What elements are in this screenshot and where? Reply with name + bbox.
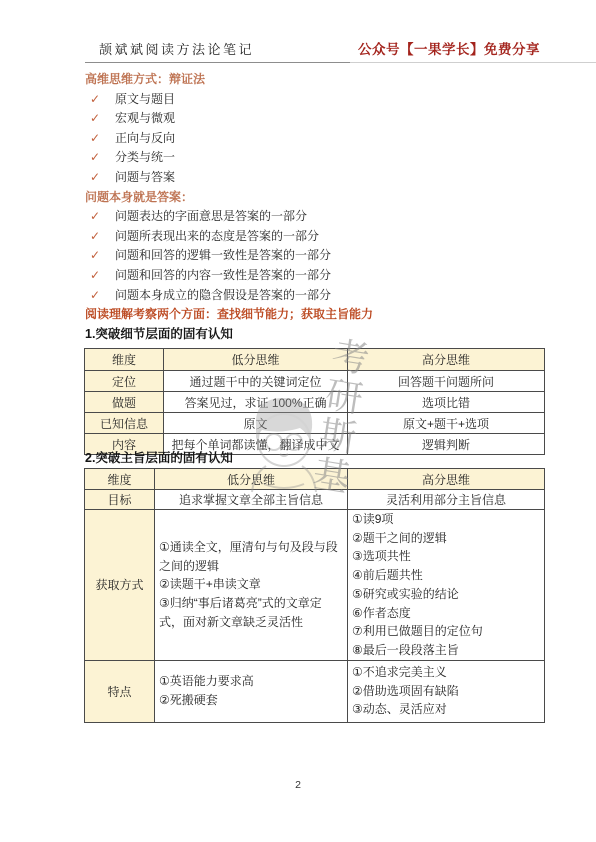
low-score-cell: 原文 [164, 413, 348, 434]
table-header-row: 维度 低分思维 高分思维 [85, 469, 545, 490]
list-item: ✓ 问题所表现出来的态度是答案的一部分 [85, 227, 520, 247]
heading-dialectics: 高维思维方式：辩证法 [85, 70, 520, 90]
table2-title: 2.突破主旨层面的固有认知 [85, 448, 233, 466]
high-score-cell: 逻辑判断 [348, 434, 545, 455]
column-header: 高分思维 [348, 349, 545, 371]
table-row: 做题 答案见过，求证 100%正确 选项比错 [85, 392, 545, 413]
numbered-item: ②读题干+串读文章 [159, 575, 343, 594]
list-item-text: 问题所表现出来的态度是答案的一部分 [115, 227, 319, 247]
numbered-item: ⑥作者态度 [352, 604, 540, 623]
row-label: 获取方式 [85, 510, 155, 661]
list-item: ✓ 问题和回答的逻辑一致性是答案的一部分 [85, 246, 520, 266]
check-icon: ✓ [85, 227, 115, 247]
table-header-row: 维度 低分思维 高分思维 [85, 349, 545, 371]
low-score-cell: 答案见过，求证 100%正确 [164, 392, 348, 413]
list-item: ✓ 问题和回答的内容一致性是答案的一部分 [85, 266, 520, 286]
header-divider-light [350, 62, 596, 63]
list-item-text: 宏观与微观 [115, 109, 175, 129]
column-header: 维度 [85, 469, 155, 490]
emphasis-line: 阅读理解考察两个方面：查找细节能力；获取主旨能力 [85, 305, 520, 325]
list-item-text: 问题本身成立的隐含假设是答案的一部分 [115, 286, 331, 306]
list-item-text: 原文与题目 [115, 90, 175, 110]
check-icon: ✓ [85, 286, 115, 306]
column-header: 低分思维 [155, 469, 348, 490]
check-icon: ✓ [85, 168, 115, 188]
numbered-item: ⑧最后一段段落主旨 [352, 641, 540, 660]
column-header: 低分思维 [164, 349, 348, 371]
high-score-cell: ①读9项 ②题干之间的逻辑 ③选项共性 ④前后题共性 ⑤研究或实验的结论 ⑥作者… [348, 510, 545, 661]
table1-title: 1.突破细节层面的固有认知 [85, 325, 520, 345]
table-row-goal: 目标 追求掌握文章全部主旨信息 灵活利用部分主旨信息 [85, 490, 545, 510]
list-item: ✓ 问题本身成立的隐含假设是答案的一部分 [85, 286, 520, 306]
row-label: 定位 [85, 371, 164, 392]
detail-level-table: 维度 低分思维 高分思维 定位 通过题干中的关键词定位 回答题干问题所问 做题 … [84, 348, 545, 455]
document-title: 颉斌斌阅读方法论笔记 [85, 39, 254, 58]
page-number: 2 [0, 779, 596, 791]
list-item: ✓ 问题与答案 [85, 168, 520, 188]
numbered-item: ①英语能力要求高 [159, 672, 343, 691]
list-item: ✓ 问题表达的字面意思是答案的一部分 [85, 207, 520, 227]
list-item: ✓ 分类与统一 [85, 148, 520, 168]
column-header: 维度 [85, 349, 164, 371]
check-icon: ✓ [85, 148, 115, 168]
list-item-text: 问题和回答的逻辑一致性是答案的一部分 [115, 246, 331, 266]
numbered-item: ②死搬硬套 [159, 691, 343, 710]
numbered-item: ①读9项 [352, 510, 540, 529]
list-item-text: 正向与反向 [115, 129, 175, 149]
high-score-cell: 选项比错 [348, 392, 545, 413]
numbered-item: ⑤研究或实验的结论 [352, 585, 540, 604]
list-item-text: 问题与答案 [115, 168, 175, 188]
heading-question-is-answer: 问题本身就是答案： [85, 188, 520, 208]
numbered-item: ②借助选项固有缺陷 [352, 682, 540, 701]
check-icon: ✓ [85, 266, 115, 286]
check-icon: ✓ [85, 246, 115, 266]
numbered-item: ⑦利用已做题目的定位句 [352, 622, 540, 641]
row-label: 已知信息 [85, 413, 164, 434]
column-header: 高分思维 [348, 469, 545, 490]
wechat-account-badge: 公众号【一果学长】免费分享 [358, 38, 540, 58]
low-score-cell: ①通读全文，厘清句与句及段与段之间的逻辑 ②读题干+串读文章 ③归纳“事后诸葛亮… [155, 510, 348, 661]
numbered-item: ①不追求完美主义 [352, 663, 540, 682]
document-page: 颉斌斌阅读方法论笔记 公众号【一果学长】免费分享 考研斯基 高维思维方式：辩证法… [0, 0, 596, 842]
check-icon: ✓ [85, 129, 115, 149]
list-item-text: 问题表达的字面意思是答案的一部分 [115, 207, 307, 227]
list-item: ✓ 正向与反向 [85, 129, 520, 149]
high-score-cell: ①不追求完美主义 ②借助选项固有缺陷 ③动态、灵活应对 [348, 660, 545, 722]
table-row: 定位 通过题干中的关键词定位 回答题干问题所问 [85, 371, 545, 392]
list-item: ✓ 宏观与微观 [85, 109, 520, 129]
high-score-cell: 原文+题干+选项 [348, 413, 545, 434]
check-icon: ✓ [85, 90, 115, 110]
numbered-item: ③选项共性 [352, 547, 540, 566]
numbered-item: ④前后题共性 [352, 566, 540, 585]
table-row-method: 获取方式 ①通读全文，厘清句与句及段与段之间的逻辑 ②读题干+串读文章 ③归纳“… [85, 510, 545, 661]
table-row-traits: 特点 ①英语能力要求高 ②死搬硬套 ①不追求完美主义 ②借助选项固有缺陷 ③动态… [85, 660, 545, 722]
row-label: 做题 [85, 392, 164, 413]
check-icon: ✓ [85, 109, 115, 129]
header-divider [85, 62, 350, 63]
gist-level-table: 维度 低分思维 高分思维 目标 追求掌握文章全部主旨信息 灵活利用部分主旨信息 … [84, 468, 545, 723]
page-header: 颉斌斌阅读方法论笔记 公众号【一果学长】免费分享 [85, 38, 540, 58]
low-score-cell: 通过题干中的关键词定位 [164, 371, 348, 392]
list-item-text: 分类与统一 [115, 148, 175, 168]
low-score-cell: 追求掌握文章全部主旨信息 [155, 490, 348, 510]
numbered-item: ①通读全文，厘清句与句及段与段之间的逻辑 [159, 538, 343, 575]
numbered-item: ③归纳“事后诸葛亮”式的文章定式，面对新文章缺乏灵活性 [159, 594, 343, 631]
list-item-text: 问题和回答的内容一致性是答案的一部分 [115, 266, 331, 286]
row-label: 目标 [85, 490, 155, 510]
check-icon: ✓ [85, 207, 115, 227]
list-item: ✓ 原文与题目 [85, 90, 520, 110]
row-label: 特点 [85, 660, 155, 722]
table-row: 已知信息 原文 原文+题干+选项 [85, 413, 545, 434]
intro-section: 高维思维方式：辩证法 ✓ 原文与题目 ✓ 宏观与微观 ✓ 正向与反向 ✓ 分类与… [85, 70, 520, 344]
numbered-item: ③动态、灵活应对 [352, 700, 540, 719]
high-score-cell: 回答题干问题所问 [348, 371, 545, 392]
numbered-item: ②题干之间的逻辑 [352, 529, 540, 548]
low-score-cell: ①英语能力要求高 ②死搬硬套 [155, 660, 348, 722]
high-score-cell: 灵活利用部分主旨信息 [348, 490, 545, 510]
